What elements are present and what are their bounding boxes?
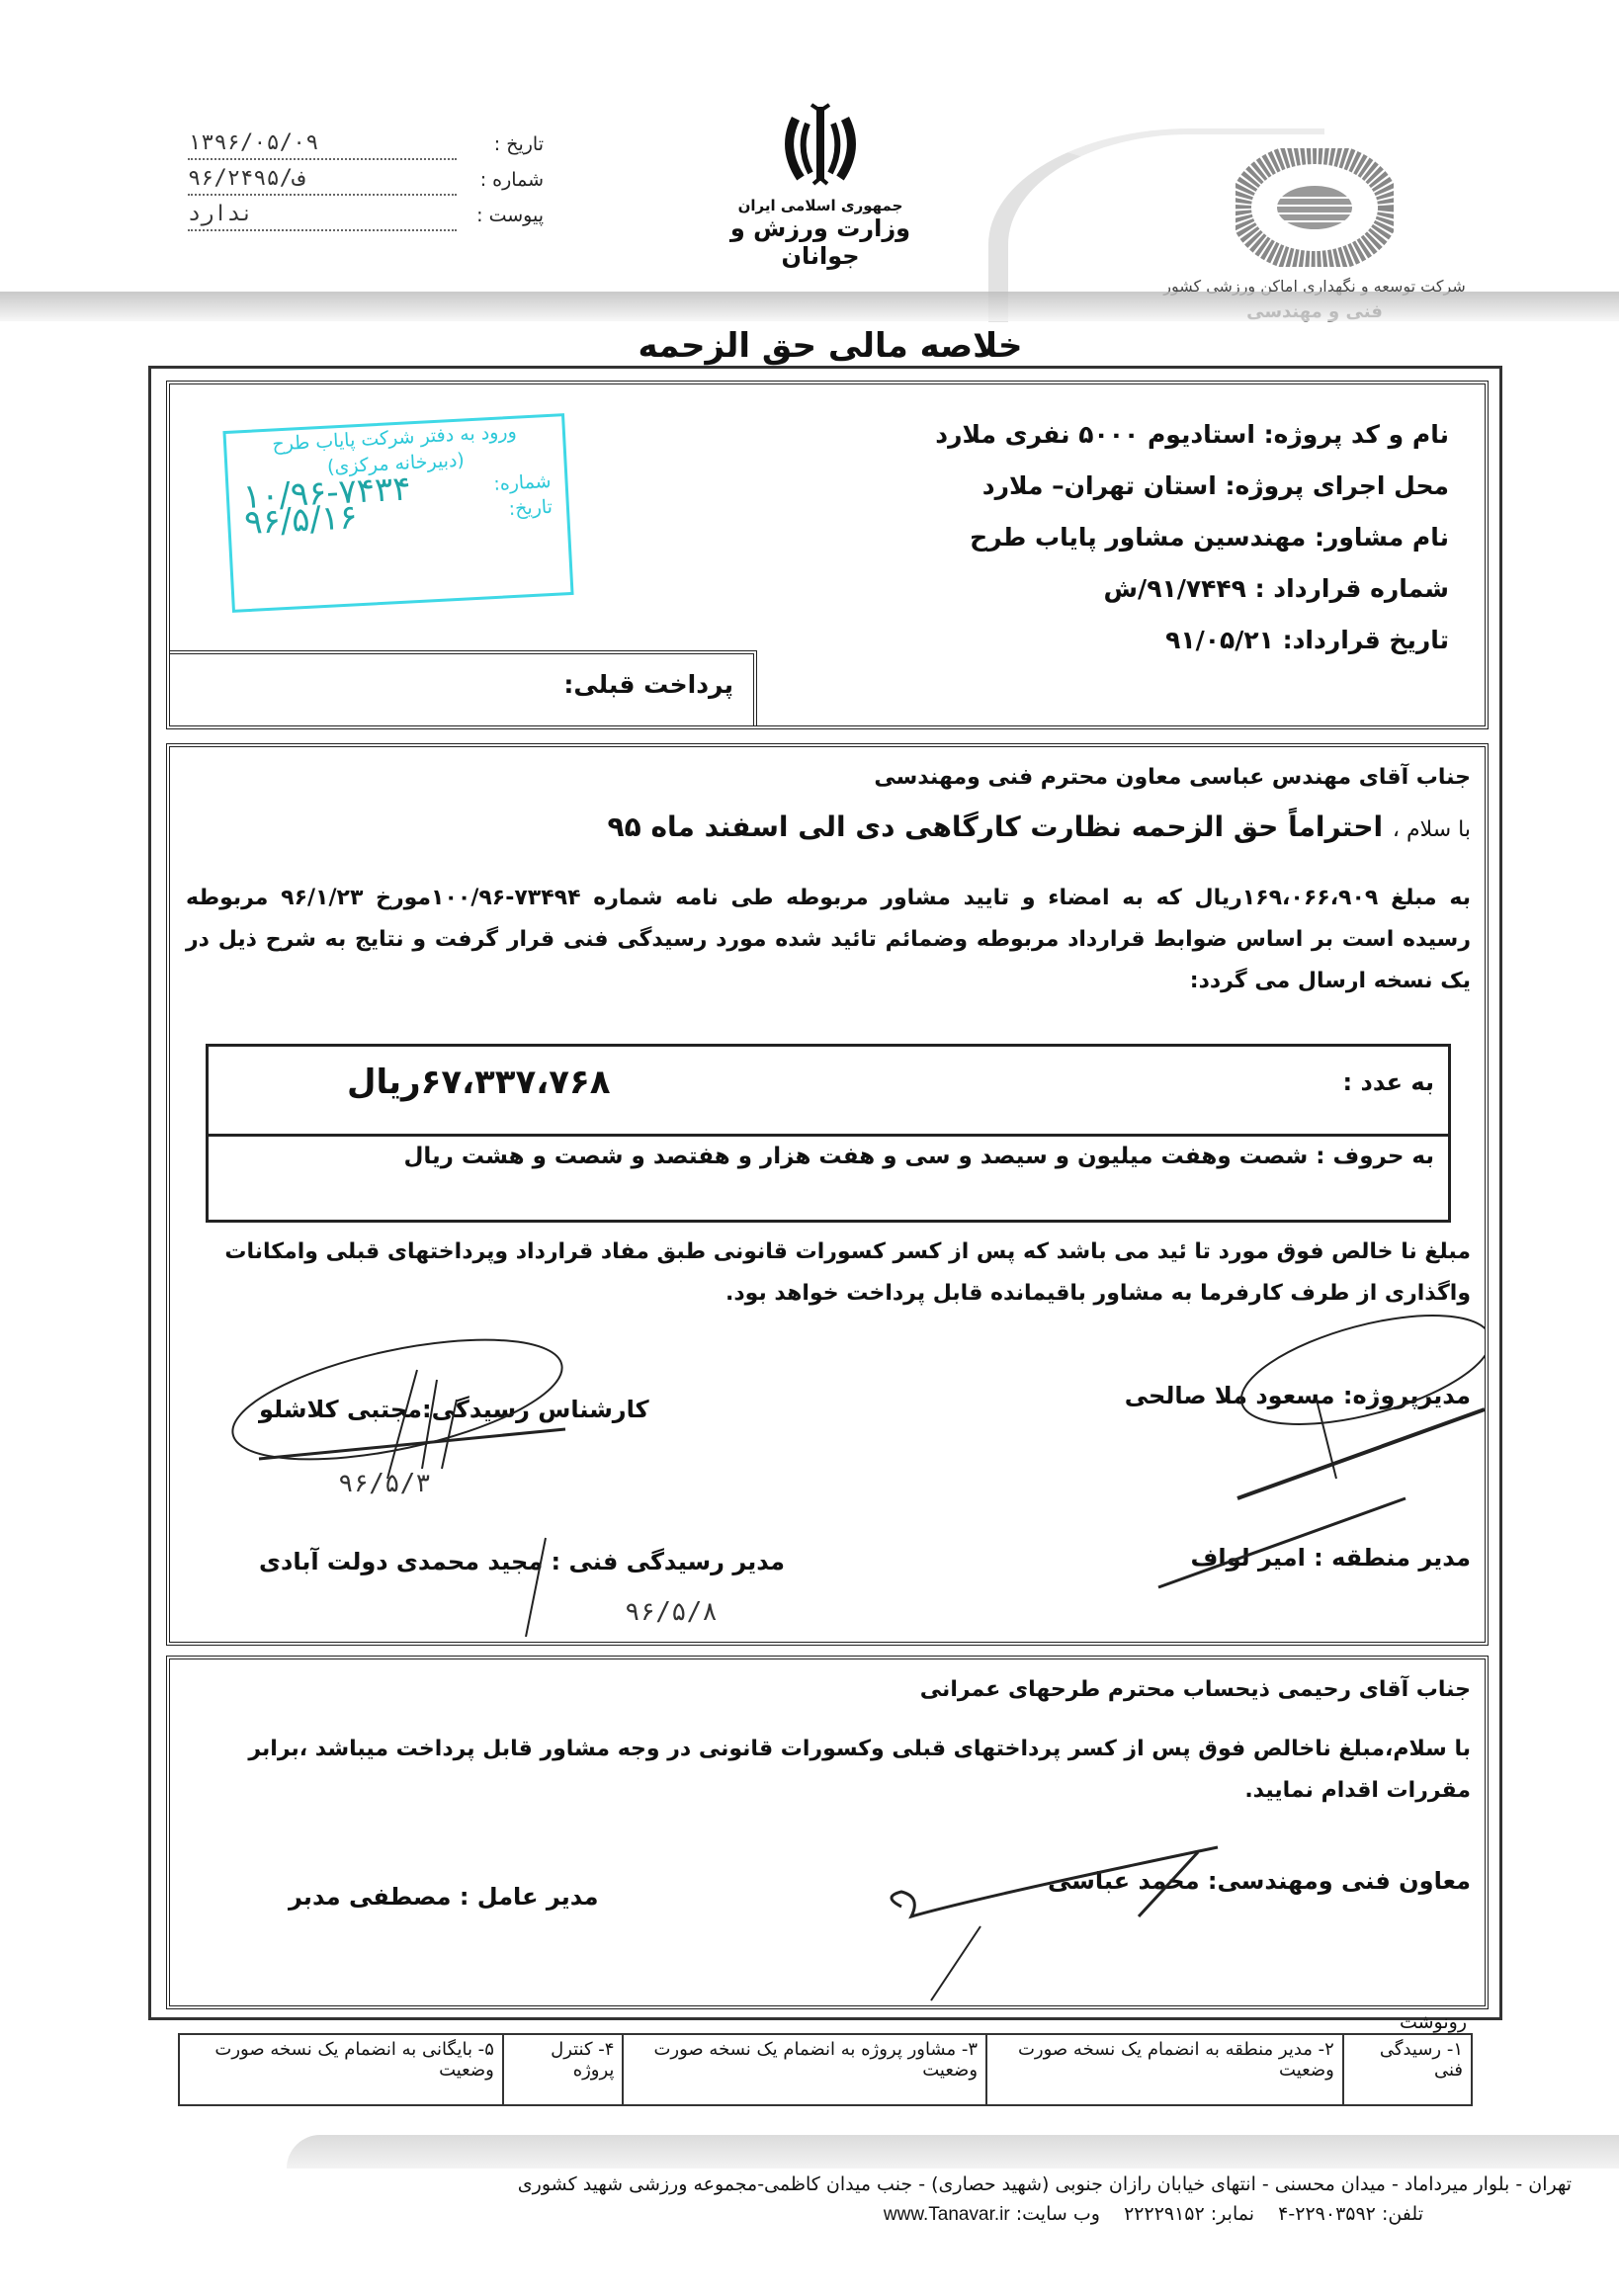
footer-address: تهران - بلوار میرداماد - میدان محسنی - ا… — [287, 2169, 1572, 2199]
handwritten-signatures-icon — [170, 1301, 1485, 1637]
iran-emblem-icon — [776, 99, 865, 193]
letter-meta: تاریخ :۱۳۹۶/۰۵/۰۹ شماره :۹۶/۲۴۹۵/ف پیوست… — [188, 127, 544, 233]
project-name-row: نام و کد پروژه: استادیوم ۵۰۰۰ نفری ملارد — [698, 409, 1449, 461]
cc-title: رونوشت — [178, 2011, 1467, 2033]
header-band — [0, 292, 1619, 321]
contract-number-label: شماره قرارداد : — [1255, 574, 1449, 603]
cc-item-4: ۴- کنترل پروژه — [503, 2034, 624, 2105]
stamp-date-label: تاریخ: — [508, 494, 554, 522]
letter-subject: با سلام ، احتراماً حق الزحمه نظارت کارگا… — [608, 807, 1471, 851]
previous-payment-cell: پرداخت قبلی: — [170, 650, 757, 725]
cc-item-2: ۲- مدیر منطقه به انضمام یک نسخه صورت وضع… — [986, 2034, 1343, 2105]
ceo-signature: مدیر عامل : مصطفی مدبر — [289, 1883, 598, 1911]
consultant-value: مهندسین مشاور پایاب طرح — [970, 523, 1306, 552]
contract-number-value: ۹۱/۷۴۴۹/ش — [1104, 574, 1246, 603]
cc-item-5: ۵- بایگانی به انضمام یک نسخه صورت وضعیت — [179, 2034, 503, 2105]
website-label: وب سایت: — [1016, 2203, 1100, 2225]
attachment-value: ندارد — [188, 200, 457, 231]
previous-payment-label: پرداخت قبلی: — [563, 670, 733, 699]
phone-label: تلفن: — [1382, 2203, 1423, 2225]
number-label: شماره : — [467, 162, 544, 198]
footer-band — [287, 2135, 1619, 2168]
letter-body: به مبلغ ۱۶۹،۰۶۶،۹۰۹ریال که به امضاء و تا… — [186, 878, 1471, 1002]
cc-item-1: ۱- رسیدگی فنی — [1343, 2034, 1472, 2105]
attachment-label: پیوست : — [467, 198, 544, 233]
consultant-label: نام مشاور: — [1315, 523, 1449, 552]
project-location-label: محل اجرای پروژه: — [1226, 471, 1449, 500]
review-letter-box: جناب آقای مهندس عباسی معاون محترم فنی وم… — [166, 743, 1489, 1646]
project-name-label: نام و کد پروژه: — [1264, 420, 1449, 449]
footer: تهران - بلوار میرداماد - میدان محسنی - ا… — [287, 2169, 1572, 2230]
contract-number-row: شماره قرارداد : ۹۱/۷۴۴۹/ش — [698, 563, 1449, 615]
subject-text: احتراماً حق الزحمه نظارت کارگاهی دی الی … — [608, 810, 1384, 843]
payment-letter-body: با سلام،مبلغ ناخالص فوق پس از کسر پرداخت… — [186, 1729, 1471, 1812]
number-value: ۹۶/۲۴۹۵/ف — [188, 164, 457, 196]
fax-value: ۲۲۲۲۹۱۵۲ — [1124, 2203, 1205, 2225]
phone-value: ۲۲۹۰۳۵۹۲-۴ — [1278, 2203, 1376, 2225]
contract-date-value: ۹۱/۰۵/۲۱ — [1165, 626, 1274, 654]
amount-words-label: به حروف : — [1316, 1144, 1434, 1169]
amount-numeric-row: به عدد : ۶۷،۳۳۷،۷۶۸ریال — [209, 1047, 1448, 1137]
deputy-handwritten-signature-icon — [862, 1837, 1277, 2005]
amount-box: به عدد : ۶۷،۳۳۷،۷۶۸ریال به حروف : شصت وه… — [206, 1044, 1451, 1223]
company-logo-icon — [1236, 148, 1394, 267]
date-value: ۱۳۹۶/۰۵/۰۹ — [188, 128, 457, 160]
project-name-value: استادیوم ۵۰۰۰ نفری ملارد — [935, 420, 1255, 449]
payment-letter-box: جناب آقای رحیمی ذیحساب محترم طرحهای عمرا… — [166, 1656, 1489, 2009]
cc-item-3: ۳- مشاور پروژه به انضمام یک نسخه صورت وض… — [623, 2034, 986, 2105]
footer-contact: تلفن: ۲۲۹۰۳۵۹۲-۴ نمابر: ۲۲۲۲۹۱۵۲ وب سایت… — [287, 2199, 1572, 2230]
fax-label: نمابر: — [1211, 2203, 1254, 2225]
consultant-row: نام مشاور: مهندسین مشاور پایاب طرح — [698, 512, 1449, 563]
carbon-copy-section: رونوشت ۱- رسیدگی فنی ۲- مدیر منطقه به ان… — [178, 2011, 1473, 2106]
cc-table: ۱- رسیدگی فنی ۲- مدیر منطقه به انضمام یک… — [178, 2033, 1473, 2106]
stamp-date: ۹۶/۵/۱۶ — [244, 504, 358, 536]
date-label: تاریخ : — [467, 127, 544, 162]
project-info-box: نام و کد پروژه: استادیوم ۵۰۰۰ نفری ملارد… — [166, 381, 1489, 729]
amount-numeric-value: ۶۷،۳۳۷،۷۶۸ریال — [347, 1063, 610, 1102]
greeting: با سلام ، — [1393, 817, 1471, 842]
amount-numeric-label: به عدد : — [1343, 1068, 1434, 1096]
ministry-name: وزارت ورزش و جوانان — [692, 214, 949, 270]
website-link[interactable]: www.Tanavar.ir — [884, 2204, 1010, 2225]
project-location-row: محل اجرای پروژه: استان تهران– ملارد — [698, 461, 1449, 512]
project-info-list: نام و کد پروژه: استادیوم ۵۰۰۰ نفری ملارد… — [698, 409, 1449, 666]
stamp-number-label: شماره: — [493, 468, 553, 497]
page-title: خلاصه مالی حق الزحمه — [554, 326, 1107, 366]
project-location-value: استان تهران– ملارد — [982, 471, 1217, 500]
addressee-2: جناب آقای رحیمی ذیحساب محترم طرحهای عمرا… — [196, 1669, 1471, 1711]
amount-words-value: شصت وهفت میلیون و سیصد و سی و هفت هزار و… — [403, 1144, 1308, 1169]
addressee-1: جناب آقای مهندس عباسی معاون محترم فنی وم… — [196, 757, 1471, 799]
amount-words-row: به حروف : شصت وهفت میلیون و سیصد و سی و … — [228, 1138, 1434, 1175]
contract-date-row: تاریخ قرارداد: ۹۱/۰۵/۲۱ — [698, 615, 1449, 666]
country-name: جمهوری اسلامی ایران — [692, 197, 949, 214]
received-stamp: ورود به دفتر شرکت پایاب طرح (دبیرخانه مر… — [222, 413, 573, 613]
ministry-header: جمهوری اسلامی ایران وزارت ورزش و جوانان — [692, 99, 949, 270]
contract-date-label: تاریخ قرارداد: — [1283, 626, 1449, 654]
